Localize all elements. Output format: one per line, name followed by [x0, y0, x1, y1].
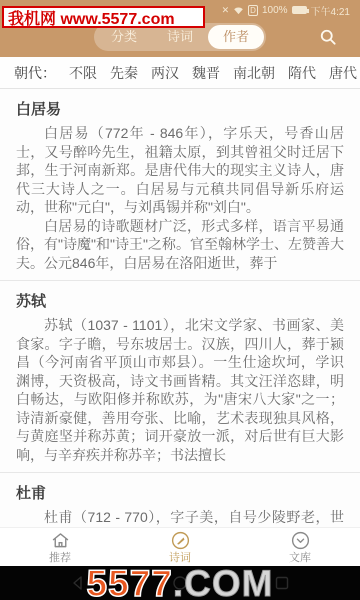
nav-item-library[interactable]: 文库	[240, 528, 360, 566]
dynasty-option-lianghan[interactable]: 两汉	[151, 63, 179, 83]
battery-icon	[292, 6, 307, 14]
dynasty-option-weijin[interactable]: 魏晋	[192, 63, 220, 83]
author-item-sushi[interactable]: 苏轼 苏轼（1037 - 1101），北宋文学家、书画家、美食家。字子瞻，号东坡…	[0, 280, 360, 472]
nav-label: 推荐	[49, 552, 71, 564]
author-item-baijuyi[interactable]: 白居易 白居易（772年 - 846年），字乐天，号香山居士，又号醉吟先生，祖籍…	[0, 89, 360, 280]
search-icon[interactable]	[318, 27, 338, 47]
author-bio: 白居易（772年 - 846年），字乐天，号香山居士，又号醉吟先生，祖籍太原，到…	[16, 124, 344, 280]
poem-icon	[170, 530, 191, 551]
dynasty-option-suidai[interactable]: 隋代	[288, 63, 316, 83]
dynasty-filter: 朝代： 不限 先秦 两汉 魏晋 南北朝 隋代 唐代 五代	[0, 57, 360, 89]
tab-poems[interactable]: 诗词	[152, 25, 208, 49]
author-bio: 杜甫（712 - 770），字子美，自号少陵野老，世称"杜工部"、"杜少陵"等，…	[16, 508, 344, 526]
dynasty-filter-label: 朝代：	[14, 63, 56, 83]
tab-categories[interactable]: 分类	[96, 25, 152, 49]
android-nav-bar: 5577.COM	[0, 566, 360, 600]
library-icon	[290, 530, 311, 551]
app-screen: 我机网 www.5577.com ✕ D 100% 下午4:21 分类 诗词 作…	[0, 0, 360, 600]
nav-item-recommend[interactable]: 推荐	[0, 528, 120, 566]
watermark-number: 5577	[87, 563, 173, 600]
tab-authors[interactable]: 作者	[208, 25, 264, 49]
watermark-suffix: .COM	[173, 563, 274, 600]
bottom-watermark: 5577.COM	[87, 564, 274, 600]
mute-icon: ✕	[222, 5, 230, 16]
dynasty-option-all[interactable]: 不限	[69, 63, 97, 83]
nav-label: 文库	[289, 552, 311, 564]
hd-icon: D	[248, 5, 258, 16]
author-name: 杜甫	[16, 473, 344, 508]
nav-item-poems[interactable]: 诗词	[120, 528, 240, 566]
status-time: 下午4:21	[311, 3, 350, 18]
bio-paragraph: 杜甫（712 - 770），字子美，自号少陵野老，世称"杜工部"、"杜少陵"等，…	[16, 508, 344, 526]
dynasty-option-xianqin[interactable]: 先秦	[110, 63, 138, 83]
bottom-nav: 推荐 诗词 文库	[0, 527, 360, 566]
authors-list: 白居易 白居易（772年 - 846年），字乐天，号香山居士，又号醉吟先生，祖籍…	[0, 89, 360, 526]
wifi-icon	[233, 6, 244, 15]
home-icon	[50, 530, 71, 551]
bio-paragraph: 白居易（772年 - 846年），字乐天，号香山居士，又号醉吟先生，祖籍太原，到…	[16, 124, 344, 217]
back-button[interactable]	[70, 575, 86, 591]
author-name: 苏轼	[16, 281, 344, 316]
author-bio: 苏轼（1037 - 1101），北宋文学家、书画家、美食家。字子瞻，号东坡居士。…	[16, 316, 344, 472]
dynasty-option-nanbeichao[interactable]: 南北朝	[233, 63, 275, 83]
recents-button[interactable]	[274, 575, 290, 591]
battery-percent: 100%	[262, 5, 288, 16]
author-item-dufu[interactable]: 杜甫 杜甫（712 - 770），字子美，自号少陵野老，世称"杜工部"、"杜少陵…	[0, 472, 360, 526]
author-name: 白居易	[16, 89, 344, 124]
dynasty-option-tangdai[interactable]: 唐代	[329, 63, 357, 83]
bio-paragraph: 苏轼（1037 - 1101），北宋文学家、书画家、美食家。字子瞻，号东坡居士。…	[16, 316, 344, 464]
top-watermark: 我机网 www.5577.com	[2, 6, 205, 28]
bio-paragraph: 白居易的诗歌题材广泛，形式多样，语言平易通俗，有"诗魔"和"诗王"之称。官至翰林…	[16, 217, 344, 273]
